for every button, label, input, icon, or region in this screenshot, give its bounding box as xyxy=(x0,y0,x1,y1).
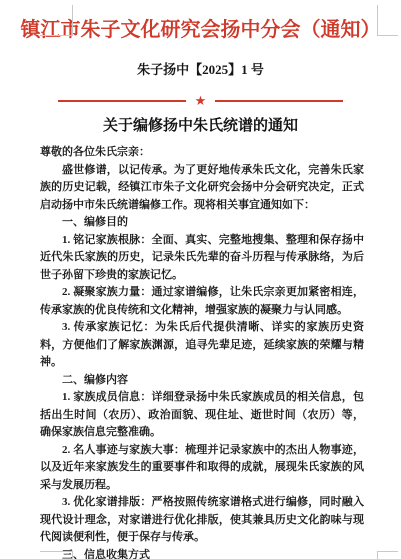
margin-mark-top-right xyxy=(377,5,398,36)
divider-line-right xyxy=(215,100,343,102)
document-number: 朱子扬中【2025】1 号 xyxy=(0,62,401,78)
margin-mark-bottom-right xyxy=(377,551,398,559)
body-paragraph: 1. 家族成员信息：详细登录扬中朱氏家族成员的相关信息，包括出生时间（农历）、政… xyxy=(40,389,364,442)
body-paragraph: 3. 传承家族记忆：为朱氏后代提供清晰、详实的家族历史资料，方便他们了解家族渊源… xyxy=(40,319,364,372)
body-paragraph: 3. 优化家谱排版：严格按照传统家谱格式进行编修，同时融入现代设计理念，对家谱进… xyxy=(40,494,364,547)
star-divider: ★ xyxy=(0,94,401,108)
notice-body: 尊敬的各位朱氏宗亲： 盛世修谱，以记传承。为了更好地传承朱氏文化，完善朱氏家族的… xyxy=(40,144,364,559)
notice-title: 关于编修扬中朱氏统谱的通知 xyxy=(0,115,401,137)
margin-mark-bottom-left xyxy=(40,551,73,559)
body-paragraph: 2. 名人事迹与家族大事：梳理并记录家族中的杰出人物事迹，以及近年来家族发生的重… xyxy=(40,442,364,495)
document-page: 镇江市朱子文化研究会扬中分会（通知） 朱子扬中【2025】1 号 ★ 关于编修扬… xyxy=(0,0,401,559)
body-paragraph: 2. 凝聚家族力量：通过家谱编修，让朱氏宗亲更加紧密相连，传承家族的优良传统和文… xyxy=(40,284,364,319)
section-heading-2: 二、编修内容 xyxy=(40,372,364,390)
body-paragraph: 1. 铭记家族根脉：全面、真实、完整地搜集、整理和保存扬中近代朱氏家族的历史，记… xyxy=(40,232,364,285)
margin-mark-top-left xyxy=(40,5,73,36)
section-heading-3: 三、信息收集方式 xyxy=(40,547,364,559)
body-paragraph: 盛世修谱，以记传承。为了更好地传承朱氏文化，完善朱氏家族的历史记载，经镇江市朱子… xyxy=(40,162,364,215)
section-heading-1: 一、编修目的 xyxy=(40,214,364,232)
salutation: 尊敬的各位朱氏宗亲： xyxy=(40,144,364,162)
star-icon: ★ xyxy=(195,94,207,108)
divider-line-left xyxy=(58,100,186,102)
